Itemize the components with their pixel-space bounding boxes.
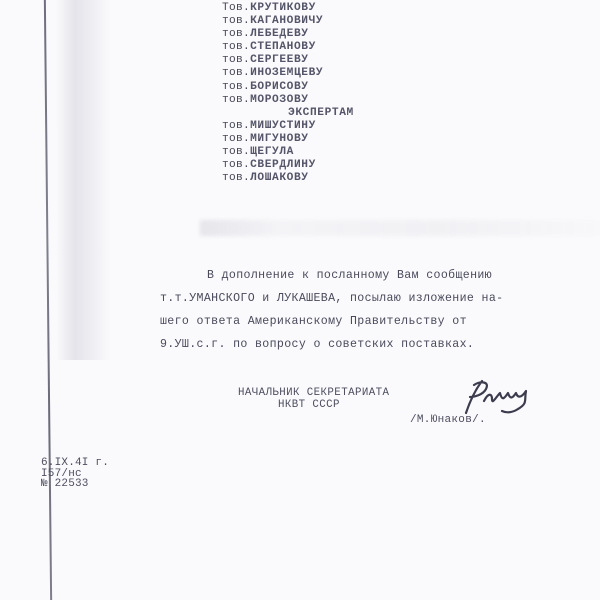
expert-addressee: тов.ЛОШАКОВУ [222,172,354,185]
addressee: тов.СТЕПАНОВУ [222,41,354,54]
addressee: Тов.КРУТИКОВУ [222,2,354,15]
letter-body: В дополнение к посланному Вам сообщению … [160,264,503,356]
signer-name: /М.Юнаков/. [410,414,486,426]
addressee: тов.КАГАНОВИЧУ [222,15,354,28]
scan-shadow [56,0,111,360]
reference-number: № 22533 [41,479,109,490]
scan-smudge [200,220,600,236]
signature-block: НАЧАЛЬНИК СЕКРЕТАРИАТА НКВТ СССР [238,388,389,411]
document-page: Тов.КРУТИКОВУ тов.КАГАНОВИЧУ тов.ЛЕБЕДЕВ… [0,0,600,600]
body-line: шего ответа Американскому Правительству … [160,310,503,333]
expert-addressee: тов.МИГУНОВУ [222,133,354,146]
addressee-list: Тов.КРУТИКОВУ тов.КАГАНОВИЧУ тов.ЛЕБЕДЕВ… [222,2,354,185]
addressee: тов.ЛЕБЕДЕВУ [222,28,354,41]
body-line: В дополнение к посланному Вам сообщению [160,264,503,287]
expert-addressee: тов.СВЕРДЛИНУ [222,159,354,172]
body-line: 9.УШ.с.г. по вопросу о советских поставк… [160,333,503,356]
addressee: тов.БОРИСОВУ [222,81,354,94]
addressee: тов.МОРОЗОВУ [222,94,354,107]
margin-line [44,0,52,600]
addressee: тов.ИНОЗЕМЦЕВУ [222,67,354,80]
addressee: тов.СЕРГЕЕВУ [222,54,354,67]
body-line: т.т.УМАНСКОГО и ЛУКАШЕВА, посылаю изложе… [160,287,503,310]
signatory-title: НАЧАЛЬНИК СЕКРЕТАРИАТА [238,388,389,400]
signatory-organization: НКВТ СССР [238,400,389,412]
reference-date: 6.IX.4I г. [41,458,109,469]
expert-addressee: тов.МИШУСТИНУ [222,120,354,133]
experts-label: ЭКСПЕРТАМ [222,107,354,120]
expert-addressee: тов.ЩЕГУЛА [222,146,354,159]
reference-block: 6.IX.4I г. I57/нс № 22533 [41,458,109,490]
